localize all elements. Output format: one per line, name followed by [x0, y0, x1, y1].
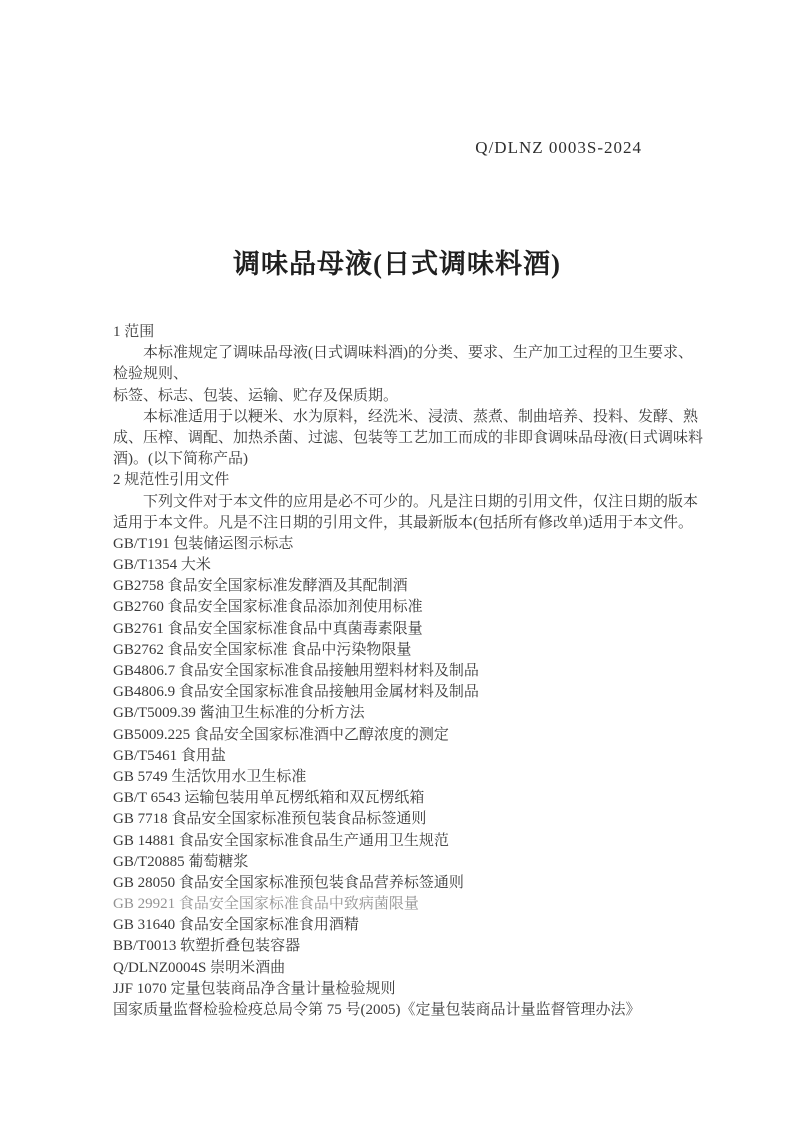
document-body: 1 范围本标准规定了调味品母液(日式调味料酒)的分类、要求、生产加工过程的卫生要…: [113, 322, 713, 1021]
document-line: 本标准适用于以粳米、水为原料，经洗米、浸渍、蒸煮、制曲培养、投料、发酵、熟: [113, 407, 713, 428]
document-line: GB/T5461 食用盐: [113, 746, 713, 767]
document-line: JJF 1070 定量包装商品净含量计量检验规则: [113, 979, 713, 1000]
document-line: BB/T0013 软塑折叠包装容器: [113, 936, 713, 957]
document-line: GB/T191 包装储运图示标志: [113, 534, 713, 555]
document-line: 标签、标志、包装、运输、贮存及保质期。: [113, 386, 713, 407]
document-line: 检验规则、: [113, 364, 713, 385]
document-line: 国家质量监督检验检疫总局令第 75 号(2005)《定量包装商品计量监督管理办法…: [113, 1000, 713, 1021]
document-line: Q/DLNZ0004S 崇明米酒曲: [113, 958, 713, 979]
document-line: GB4806.7 食品安全国家标准食品接触用塑料材料及制品: [113, 661, 713, 682]
document-line: GB5009.225 食品安全国家标准酒中乙醇浓度的测定: [113, 725, 713, 746]
doc-number: Q/DLNZ 0003S-2024: [475, 138, 642, 158]
document-line: 适用于本文件。凡是不注日期的引用文件，其最新版本(包括所有修改单)适用于本文件。: [113, 513, 713, 534]
document-line: GB2761 食品安全国家标准食品中真菌毒素限量: [113, 619, 713, 640]
document-line: GB/T20885 葡萄糖浆: [113, 852, 713, 873]
document-line: GB 5749 生活饮用水卫生标准: [113, 767, 713, 788]
document-line: 本标准规定了调味品母液(日式调味料酒)的分类、要求、生产加工过程的卫生要求、: [113, 343, 713, 364]
document-line: 成、压榨、调配、加热杀菌、过滤、包装等工艺加工而成的非即食调味品母液(日式调味料: [113, 428, 713, 449]
document-line: GB 28050 食品安全国家标准预包装食品营养标签通则: [113, 873, 713, 894]
document-line: GB4806.9 食品安全国家标准食品接触用金属材料及制品: [113, 682, 713, 703]
document-line: GB 7718 食品安全国家标准预包装食品标签通则: [113, 809, 713, 830]
document-line: 酒)。(以下简称产品): [113, 449, 713, 470]
document-line: GB/T 6543 运输包装用单瓦楞纸箱和双瓦楞纸箱: [113, 788, 713, 809]
document-line: GB 29921 食品安全国家标准食品中致病菌限量: [113, 894, 713, 915]
document-line: 2 规范性引用文件: [113, 470, 713, 491]
document-line: GB/T5009.39 酱油卫生标准的分析方法: [113, 703, 713, 724]
document-line: GB2758 食品安全国家标准发酵酒及其配制酒: [113, 576, 713, 597]
document-line: GB/T1354 大米: [113, 555, 713, 576]
document-title: 调味品母液(日式调味料酒): [0, 242, 794, 281]
document-line: GB 31640 食品安全国家标准食用酒精: [113, 915, 713, 936]
document-line: GB2760 食品安全国家标准食品添加剂使用标准: [113, 597, 713, 618]
document-line: 下列文件对于本文件的应用是必不可少的。凡是注日期的引用文件，仅注日期的版本: [113, 492, 713, 513]
document-line: GB2762 食品安全国家标准 食品中污染物限量: [113, 640, 713, 661]
document-page: Q/DLNZ 0003S-2024 调味品母液(日式调味料酒) 1 范围本标准规…: [0, 0, 794, 1123]
document-line: 1 范围: [113, 322, 713, 343]
document-line: GB 14881 食品安全国家标准食品生产通用卫生规范: [113, 831, 713, 852]
